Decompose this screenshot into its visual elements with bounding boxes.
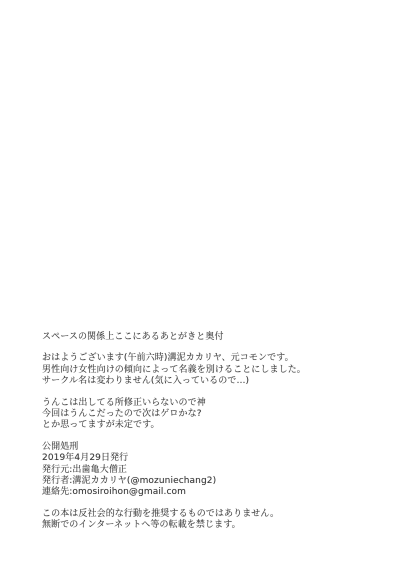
colophon-author: 発行者:溝泥カカリヤ(@mozuniechang2) <box>42 476 372 487</box>
colophon-title: 公開処刑 <box>42 442 372 453</box>
greeting-line-1: おはようございます(午前六時)溝泥カカリヤ、元コモンです。 <box>42 353 372 364</box>
disclaimer-line-1: この本は反社会的な行動を推奨するものではありません。 <box>42 509 372 520</box>
afterword-text-block: スペースの関係上ここにあるあとがきと奥付 おはようございます(午前六時)溝泥カカ… <box>42 332 372 532</box>
colophon-publication-date: 2019年4月29日発行 <box>42 453 372 464</box>
colophon-block: 公開処刑 2019年4月29日発行 発行元:出歯亀大僧正 発行者:溝泥カカリヤ(… <box>42 442 372 499</box>
afterword-heading-paragraph: スペースの関係上ここにあるあとがきと奥付 <box>42 332 372 343</box>
greeting-line-3: サークル名は変わりません(気に入っているので…) <box>42 376 372 387</box>
notes-line-2: 今回はうんこだったので次はゲロかな? <box>42 409 372 420</box>
greeting-line-2: 男性向け女性向けの傾向によって名義を別けることにしました。 <box>42 365 372 376</box>
colophon-publisher: 発行元:出歯亀大僧正 <box>42 465 372 476</box>
notes-paragraph: うんこは出してる所修正いらないので神 今回はうんこだったので次はゲロかな? とか… <box>42 398 372 432</box>
doujinshi-afterword-page: スペースの関係上ここにあるあとがきと奥付 おはようございます(午前六時)溝泥カカ… <box>0 0 400 565</box>
notes-line-3: とか思ってますが未定です。 <box>42 420 372 431</box>
disclaimer-paragraph: この本は反社会的な行動を推奨するものではありません。 無断でのインターネットへ等… <box>42 509 372 532</box>
afterword-heading: スペースの関係上ここにあるあとがきと奥付 <box>42 332 372 343</box>
disclaimer-line-2: 無断でのインターネットへ等の転載を禁じます。 <box>42 520 372 531</box>
notes-line-1: うんこは出してる所修正いらないので神 <box>42 398 372 409</box>
greeting-paragraph: おはようございます(午前六時)溝泥カカリヤ、元コモンです。 男性向け女性向けの傾… <box>42 353 372 387</box>
colophon-contact-email: 連絡先:omosiroihon@gmail.com <box>42 487 372 498</box>
